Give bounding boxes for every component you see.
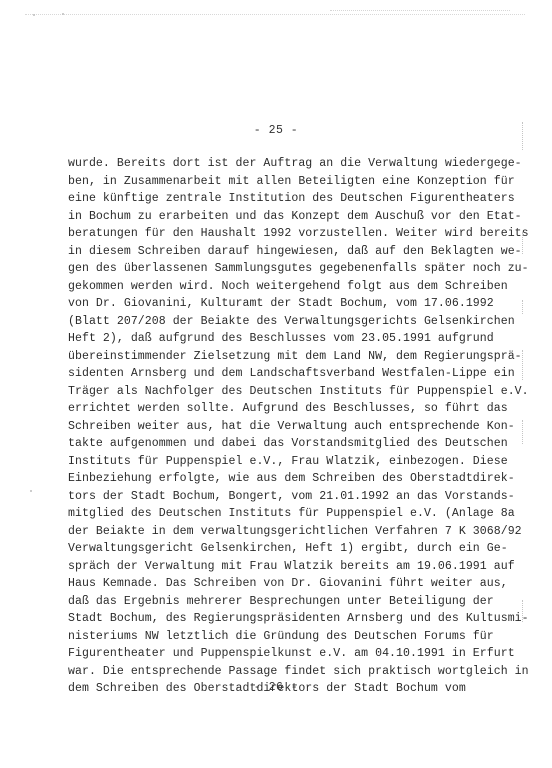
page-number-top: - 25 - (0, 124, 552, 137)
text-line: beratungen für den Haushalt 1992 vorzust… (68, 225, 508, 243)
text-line: Figurentheater und Puppenspielkunst e.V.… (68, 645, 508, 663)
text-line: war. Die entsprechende Passage findet si… (68, 663, 508, 681)
text-line: Schreiben weiter aus, hat die Verwaltung… (68, 418, 508, 436)
text-line: (Blatt 207/208 der Beiakte des Verwaltun… (68, 313, 508, 331)
margin-scan-mark (522, 350, 524, 380)
body-text: wurde. Bereits dort ist der Auftrag an d… (68, 155, 508, 698)
text-line: spräch der Verwaltung mit Frau Wlatzik b… (68, 558, 508, 576)
text-line: gekommen werden wird. Noch weitergehend … (68, 278, 508, 296)
text-line: nisteriums NW letztlich die Gründung des… (68, 628, 508, 646)
text-line: in diesem Schreiben darauf hingewiesen, … (68, 243, 508, 261)
text-line: der Beiakte in dem verwaltungsgerichtlic… (68, 523, 508, 541)
text-line: Träger als Nachfolger des Deutschen Inst… (68, 383, 508, 401)
text-line: Verwaltungsgericht Gelsenkirchen, Heft 1… (68, 540, 508, 558)
text-line: takte aufgenommen und dabei das Vorstand… (68, 435, 508, 453)
text-line: eine künftige zentrale Institution des D… (68, 190, 508, 208)
text-line: von Dr. Giovanini, Kulturamt der Stadt B… (68, 295, 508, 313)
margin-scan-mark (522, 420, 524, 444)
text-line: tors der Stadt Bochum, Bongert, vom 21.0… (68, 488, 508, 506)
scan-speck (62, 13, 64, 15)
text-line: ben, in Zusammenarbeit mit allen Beteili… (68, 173, 508, 191)
text-line: wurde. Bereits dort ist der Auftrag an d… (68, 155, 508, 173)
text-line: mitglied des Deutschen Instituts für Pup… (68, 505, 508, 523)
text-line: übereinstimmender Zielsetzung mit dem La… (68, 348, 508, 366)
text-line: Einbeziehung erfolgte, wie aus dem Schre… (68, 470, 508, 488)
text-line: errichtet werden sollte. Aufgrund des Be… (68, 400, 508, 418)
text-line: daß das Ergebnis mehrerer Besprechungen … (68, 593, 508, 611)
page-number-bottom: - 26 - (0, 681, 552, 694)
scan-artifact-top-right (330, 10, 510, 15)
scan-artifact-top (25, 14, 525, 21)
text-line: gen des überlassenen Sammlungsgutes gege… (68, 260, 508, 278)
margin-scan-mark (522, 232, 524, 254)
text-line: Instituts für Puppenspiel e.V., Frau Wla… (68, 453, 508, 471)
text-line: Heft 2), daß aufgrund des Beschlusses vo… (68, 330, 508, 348)
text-line: sidenten Arnsberg und dem Landschaftsver… (68, 365, 508, 383)
scan-speck (30, 490, 32, 492)
margin-scan-mark (522, 300, 524, 314)
text-line: Haus Kemnade. Das Schreiben von Dr. Giov… (68, 575, 508, 593)
text-line: in Bochum zu erarbeiten und das Konzept … (68, 208, 508, 226)
margin-scan-mark (522, 122, 524, 150)
text-line: Stadt Bochum, des Regierungspräsidenten … (68, 610, 508, 628)
margin-scan-mark (522, 600, 524, 622)
scan-speck (33, 14, 35, 16)
